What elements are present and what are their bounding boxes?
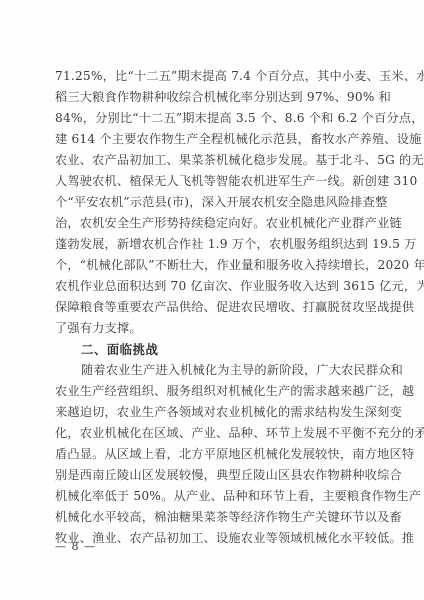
text-line: 别是西南丘陵山区发展较慢，典型丘陵山区县农作物耕种收综合 <box>55 465 367 486</box>
document-page: 71.25%，比“十二五”期末提高 7.4 个百分点，其中小麦、玉米、水 稻三大… <box>0 0 424 600</box>
text-line: 机械化率低于 50%。从产业、品种和环节上看，主要粮食作物生产 <box>55 486 367 507</box>
text-line: 来越迫切，农业生产各领域对农业机械化的需求结构发生深刻变 <box>55 402 367 423</box>
paragraph-challenges: 随着农业生产进入机械化为主导的新阶段，广大农民群众和 农业生产经营组织、服务组织… <box>55 360 367 549</box>
text-line: 保障粮食等重要农产品供给、促进农民增收、打赢脱贫攻坚战提供 <box>55 297 367 318</box>
text-line: 个“平安农机”示范县(市)，深入开展农机安全隐患风险排查整 <box>55 192 367 213</box>
text-line: 个，“机械化部队”不断壮大，作业量和服务收入持续增长，2020 年 <box>55 255 367 276</box>
text-line: 了强有力支撑。 <box>55 318 367 339</box>
text-line: 建 614 个主要农作物生产全程机械化示范县，畜牧水产养殖、设施 <box>55 129 367 150</box>
text-line: 农业、农产品初加工、果菜茶机械化稳步发展。基于北斗、5G 的无 <box>55 150 367 171</box>
text-line: 农机作业总面积达到 70 亿亩次、作业服务收入达到 3615 亿元，为 <box>55 276 367 297</box>
text-line: 71.25%，比“十二五”期末提高 7.4 个百分点，其中小麦、玉米、水 <box>55 66 367 87</box>
text-line: 盾凸显。从区域上看，北方平原地区机械化发展较快，南方地区特 <box>55 444 367 465</box>
text-line: 机械化水平较高，棉油糖果菜茶等经济作物生产关键环节以及畜 <box>55 507 367 528</box>
text-line: 农业生产经营组织、服务组织对机械化生产的需求越来越广泛，越 <box>55 381 367 402</box>
page-number: — 8 — <box>55 538 96 556</box>
text-line: 化，农业机械化在区域、产业、品种、环节上发展不平衡不充分的矛 <box>55 423 367 444</box>
section-heading: 二、面临挑战 <box>55 339 367 360</box>
text-line: 稻三大粮食作物耕种收综合机械化率分别达到 97%、90% 和 <box>55 87 367 108</box>
text-line: 蓬勃发展，新增农机合作社 1.9 万个，农机服务组织达到 19.5 万 <box>55 234 367 255</box>
text-line: 治，农机安全生产形势持续稳定向好。农业机械化产业群产业链 <box>55 213 367 234</box>
text-line: 84%，分别比“十二五”期末提高 3.5 个、8.6 个和 6.2 个百分点，创 <box>55 108 367 129</box>
body-text: 71.25%，比“十二五”期末提高 7.4 个百分点，其中小麦、玉米、水 稻三大… <box>55 66 367 549</box>
text-line: 人驾驶农机、植保无人飞机等智能农机进军生产一线。新创建 310 <box>55 171 367 192</box>
paragraph-achievements: 71.25%，比“十二五”期末提高 7.4 个百分点，其中小麦、玉米、水 稻三大… <box>55 66 367 339</box>
text-line: 牧业、渔业、农产品初加工、设施农业等领域机械化水平较低。推 <box>55 528 367 549</box>
text-line: 随着农业生产进入机械化为主导的新阶段，广大农民群众和 <box>55 360 367 381</box>
